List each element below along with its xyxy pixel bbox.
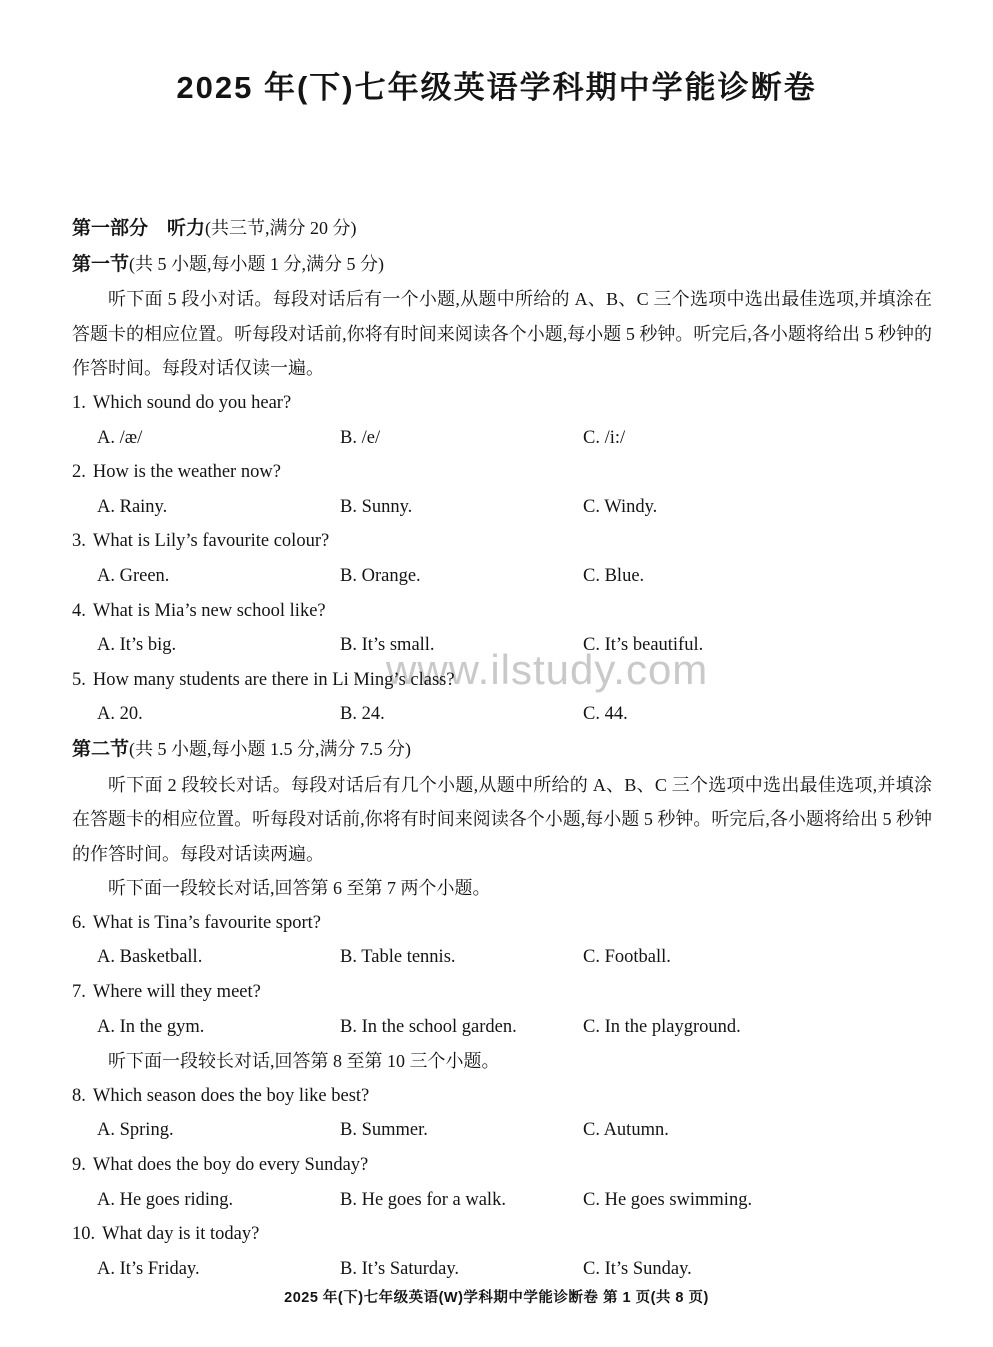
question-block: 2.How is the weather now? A. Rainy. B. S…: [72, 455, 932, 524]
option-a: A. It’s big.: [97, 628, 340, 663]
question-options: A. Basketball. B. Table tennis. C. Footb…: [72, 940, 932, 975]
option-b: B. Sunny.: [340, 490, 583, 525]
question-number: 5.: [72, 670, 86, 690]
option-a: A. 20.: [97, 697, 340, 732]
option-b: B. 24.: [340, 697, 583, 732]
option-c: C. 44.: [583, 697, 932, 732]
questions-8-10: 8.Which season does the boy like best? A…: [72, 1079, 932, 1287]
option-c: C. It’s Sunday.: [583, 1252, 932, 1287]
dialogue2-hint: 听下面一段较长对话,回答第 8 至第 10 三个小题。: [72, 1044, 932, 1079]
question-options: A. Rainy. B. Sunny. C. Windy.: [72, 490, 932, 525]
question-options: A. It’s big. B. It’s small. C. It’s beau…: [72, 628, 932, 663]
question-body: How is the weather now?: [93, 462, 281, 482]
option-c: C. Windy.: [583, 490, 932, 525]
page-title: 2025 年(下)七年级英语学科期中学能诊断卷: [0, 62, 993, 107]
option-c: C. He goes swimming.: [583, 1183, 932, 1218]
option-a: A. It’s Friday.: [97, 1252, 340, 1287]
question-body: How many students are there in Li Ming’s…: [93, 670, 455, 690]
part1-heading-bold: 第一部分 听力: [72, 218, 205, 239]
question-body: What is Lily’s favourite colour?: [93, 531, 329, 551]
option-b: B. Summer.: [340, 1113, 583, 1148]
option-c: C. /i:/: [583, 421, 932, 456]
part1-heading: 第一部分 听力(共三节,满分 20 分): [72, 211, 932, 247]
option-b: B. /e/: [340, 421, 583, 456]
question-options: A. /æ/ B. /e/ C. /i:/: [72, 421, 932, 456]
question-text: 8.Which season does the boy like best?: [72, 1079, 932, 1114]
option-c: C. In the playground.: [583, 1010, 932, 1045]
question-body: Which sound do you hear?: [93, 393, 291, 413]
questions-6-7: 6.What is Tina’s favourite sport? A. Bas…: [72, 906, 932, 1044]
question-block: 6.What is Tina’s favourite sport? A. Bas…: [72, 906, 932, 975]
question-options: A. He goes riding. B. He goes for a walk…: [72, 1183, 932, 1218]
dialogue1-hint: 听下面一段较长对话,回答第 6 至第 7 两个小题。: [72, 871, 932, 906]
exam-content: 第一部分 听力(共三节,满分 20 分) 第一节(共 5 小题,每小题 1 分,…: [72, 211, 932, 1286]
question-text: 3.What is Lily’s favourite colour?: [72, 524, 932, 559]
option-a: A. Basketball.: [97, 940, 340, 975]
option-c: C. Autumn.: [583, 1113, 932, 1148]
question-number: 7.: [72, 982, 86, 1002]
option-a: A. Spring.: [97, 1113, 340, 1148]
question-block: 3.What is Lily’s favourite colour? A. Gr…: [72, 524, 932, 593]
question-options: A. 20. B. 24. C. 44.: [72, 697, 932, 732]
option-b: B. Orange.: [340, 559, 583, 594]
question-body: What does the boy do every Sunday?: [93, 1155, 368, 1175]
question-number: 8.: [72, 1086, 86, 1106]
section2-heading-rest: (共 5 小题,每小题 1.5 分,满分 7.5 分): [129, 739, 411, 759]
question-number: 2.: [72, 462, 86, 482]
question-text: 1.Which sound do you hear?: [72, 386, 932, 421]
question-body: What is Mia’s new school like?: [93, 601, 326, 621]
question-body: Where will they meet?: [93, 982, 261, 1002]
section1-heading-bold: 第一节: [72, 254, 129, 275]
question-body: What day is it today?: [102, 1224, 259, 1244]
question-block: 9.What does the boy do every Sunday? A. …: [72, 1148, 932, 1217]
question-block: 10.What day is it today? A. It’s Friday.…: [72, 1217, 932, 1286]
question-text: 7.Where will they meet?: [72, 975, 932, 1010]
section1-heading: 第一节(共 5 小题,每小题 1 分,满分 5 分): [72, 247, 932, 283]
question-block: 5.How many students are there in Li Ming…: [72, 663, 932, 732]
option-a: A. He goes riding.: [97, 1183, 340, 1218]
question-options: A. In the gym. B. In the school garden. …: [72, 1010, 932, 1045]
option-b: B. It’s small.: [340, 628, 583, 663]
question-text: 10.What day is it today?: [72, 1217, 932, 1252]
question-number: 1.: [72, 393, 86, 413]
option-c: C. It’s beautiful.: [583, 628, 932, 663]
question-number: 9.: [72, 1155, 86, 1175]
section2-heading-bold: 第二节: [72, 739, 129, 760]
question-body: What is Tina’s favourite sport?: [93, 913, 321, 933]
exam-page: 2025 年(下)七年级英语学科期中学能诊断卷 www.ilstudy.com …: [0, 0, 993, 1347]
question-text: 5.How many students are there in Li Ming…: [72, 663, 932, 698]
option-a: A. Green.: [97, 559, 340, 594]
question-number: 6.: [72, 913, 86, 933]
section2-heading: 第二节(共 5 小题,每小题 1.5 分,满分 7.5 分): [72, 732, 932, 768]
option-c: C. Blue.: [583, 559, 932, 594]
question-text: 4.What is Mia’s new school like?: [72, 594, 932, 629]
option-a: A. In the gym.: [97, 1010, 340, 1045]
question-options: A. It’s Friday. B. It’s Saturday. C. It’…: [72, 1252, 932, 1287]
question-block: 7.Where will they meet? A. In the gym. B…: [72, 975, 932, 1044]
question-body: Which season does the boy like best?: [93, 1086, 369, 1106]
option-b: B. Table tennis.: [340, 940, 583, 975]
question-block: 8.Which season does the boy like best? A…: [72, 1079, 932, 1148]
question-text: 6.What is Tina’s favourite sport?: [72, 906, 932, 941]
option-a: A. /æ/: [97, 421, 340, 456]
questions-1-5: 1.Which sound do you hear? A. /æ/ B. /e/…: [72, 386, 932, 732]
section1-heading-rest: (共 5 小题,每小题 1 分,满分 5 分): [129, 254, 384, 274]
question-options: A. Green. B. Orange. C. Blue.: [72, 559, 932, 594]
question-block: 4.What is Mia’s new school like? A. It’s…: [72, 594, 932, 663]
question-text: 9.What does the boy do every Sunday?: [72, 1148, 932, 1183]
option-b: B. In the school garden.: [340, 1010, 583, 1045]
option-b: B. He goes for a walk.: [340, 1183, 583, 1218]
question-number: 10.: [72, 1224, 95, 1244]
question-options: A. Spring. B. Summer. C. Autumn.: [72, 1113, 932, 1148]
part1-heading-rest: (共三节,满分 20 分): [205, 218, 357, 238]
question-number: 4.: [72, 601, 86, 621]
question-block: 1.Which sound do you hear? A. /æ/ B. /e/…: [72, 386, 932, 455]
page-footer: 2025 年(下)七年级英语(W)学科期中学能诊断卷 第 1 页(共 8 页): [0, 1286, 993, 1307]
option-a: A. Rainy.: [97, 490, 340, 525]
option-c: C. Football.: [583, 940, 932, 975]
option-b: B. It’s Saturday.: [340, 1252, 583, 1287]
question-text: 2.How is the weather now?: [72, 455, 932, 490]
question-number: 3.: [72, 531, 86, 551]
section2-instructions: 听下面 2 段较长对话。每段对话后有几个小题,从题中所给的 A、B、C 三个选项…: [72, 768, 932, 872]
section1-instructions: 听下面 5 段小对话。每段对话后有一个小题,从题中所给的 A、B、C 三个选项中…: [72, 282, 932, 386]
